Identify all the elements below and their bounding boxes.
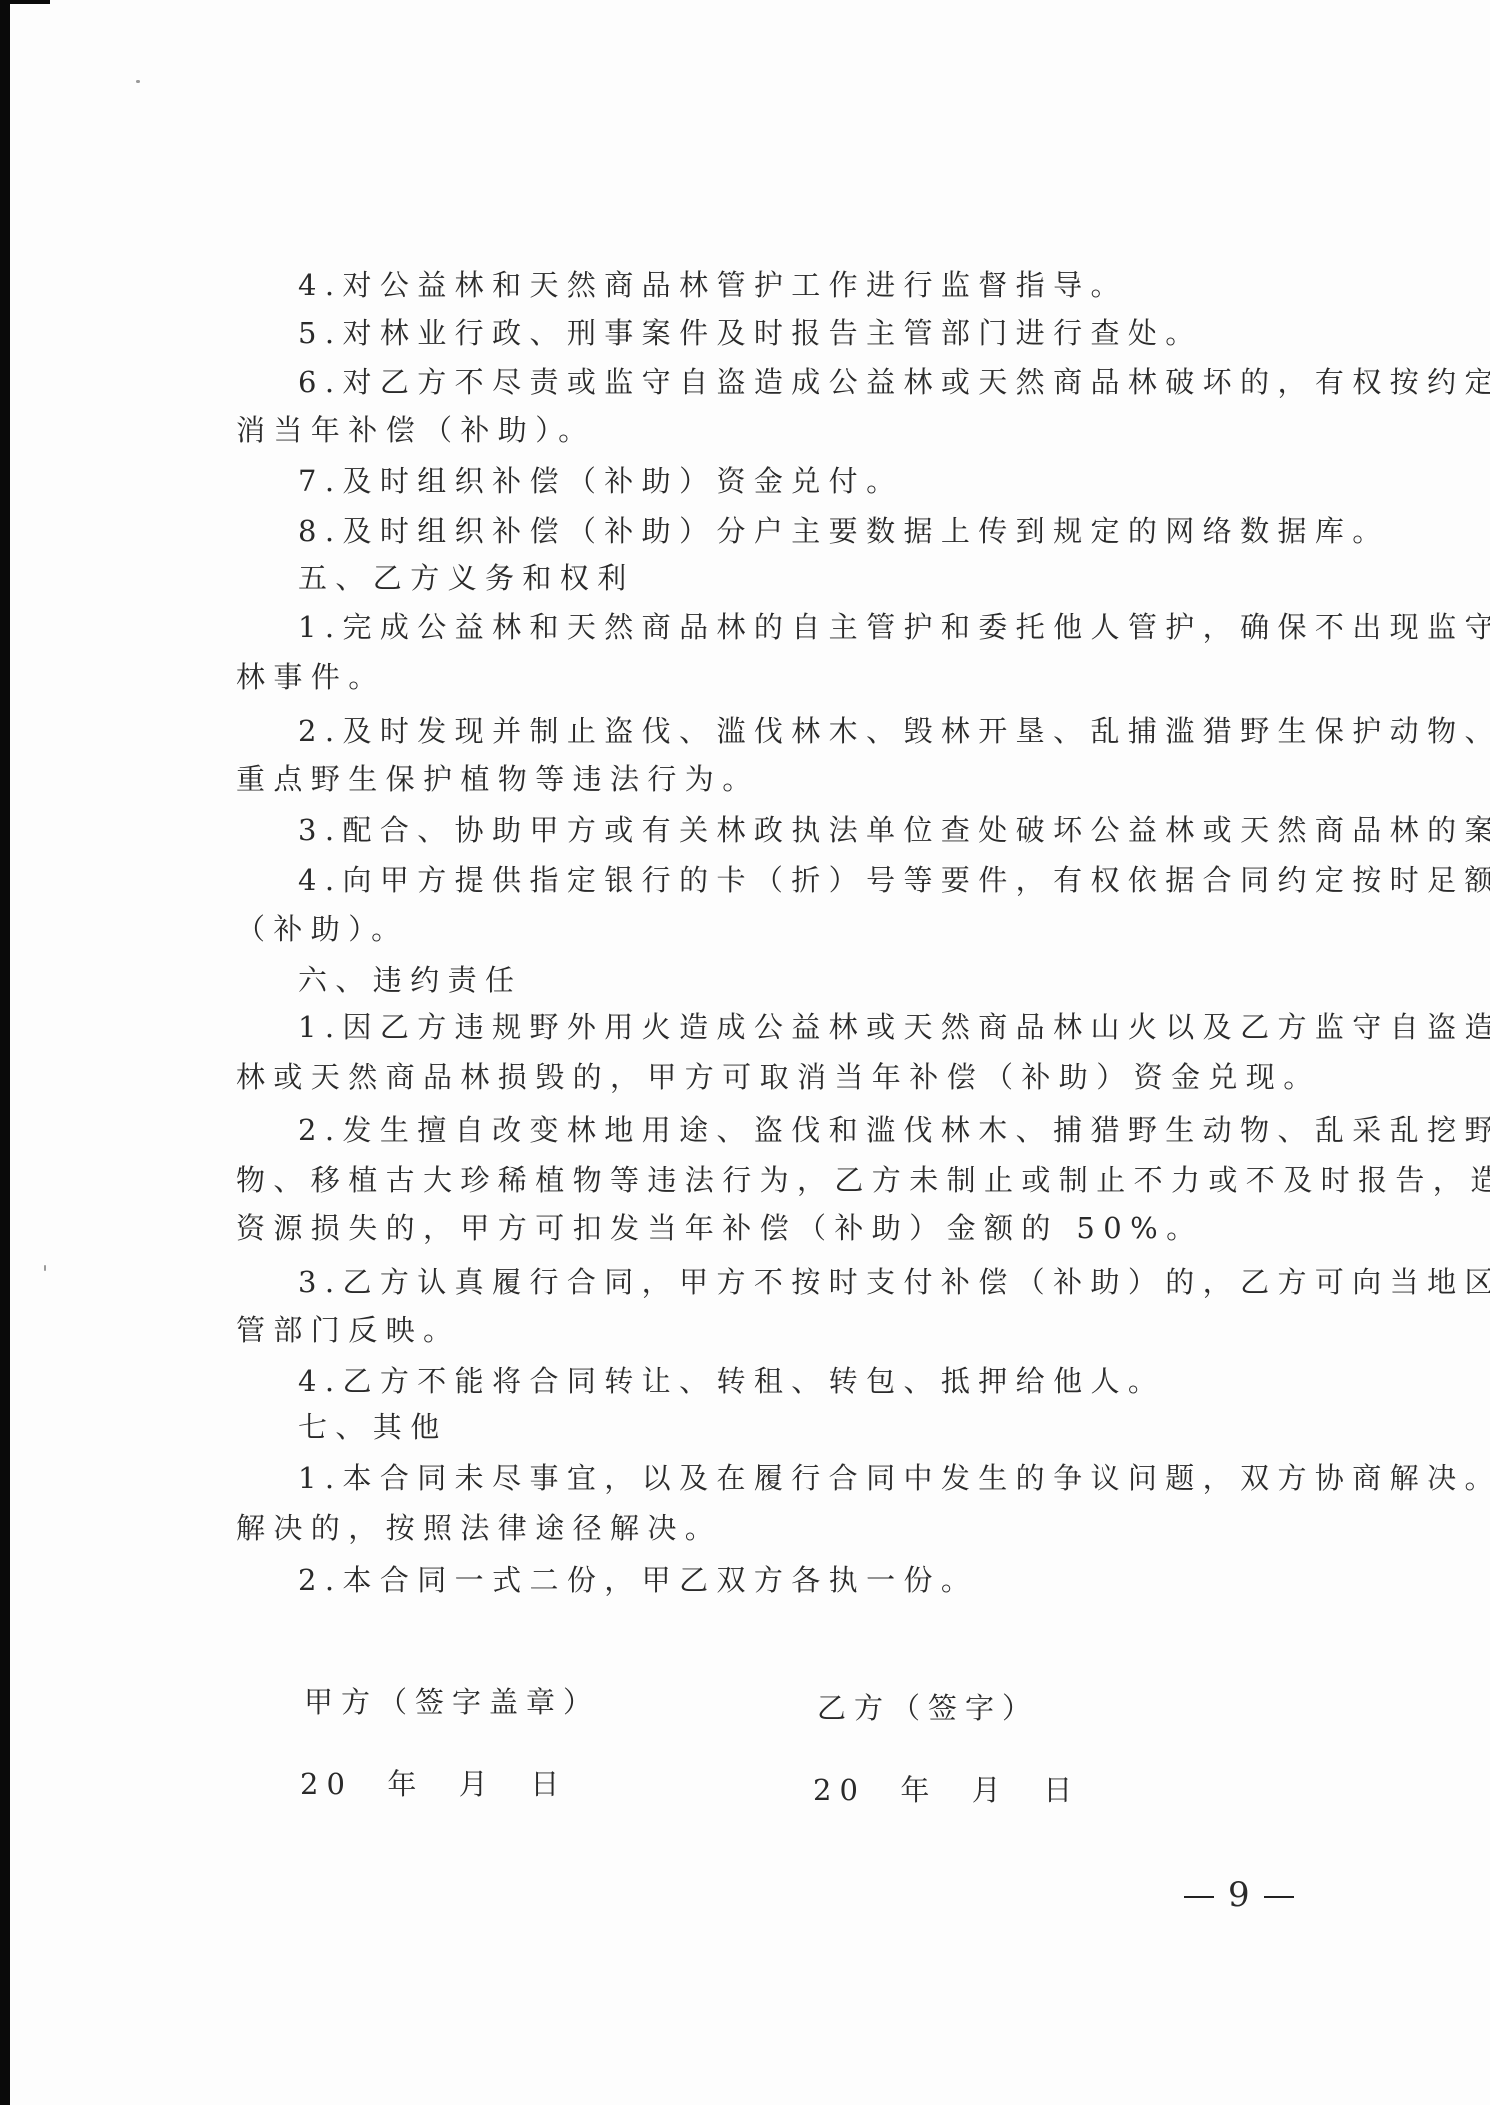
text-line: 3.乙方认真履行合同，甲方不按时支付补偿（补助）的，乙方可向当地区县林业主 bbox=[298, 1262, 1490, 1302]
page-number: 9 bbox=[1170, 1875, 1308, 1915]
section-heading: 五、乙方义务和权利 bbox=[298, 558, 635, 598]
text-line: 资源损失的，甲方可扣发当年补偿（补助）金额的 50%。 bbox=[236, 1208, 1203, 1248]
text-line: 1.本合同未尽事宜，以及在履行合同中发生的争议问题，双方协商解决。协商不能 bbox=[298, 1458, 1490, 1498]
text-line: 林事件。 bbox=[236, 657, 386, 697]
text-line: 林或天然商品林损毁的，甲方可取消当年补偿（补助）资金兑现。 bbox=[236, 1057, 1321, 1097]
text-line: 3.配合、协助甲方或有关林政执法单位查处破坏公益林或天然商品林的案件。 bbox=[298, 810, 1490, 850]
text-line: 1.因乙方违规野外用火造成公益林或天然商品林山火以及乙方监守自盗造成公益 bbox=[298, 1007, 1490, 1047]
scan-speck bbox=[136, 80, 140, 83]
text-line: 4.向甲方提供指定银行的卡（折）号等要件，有权依据合同约定按时足额获得补偿 bbox=[298, 860, 1490, 900]
text-line: 2.本合同一式二份，甲乙双方各执一份。 bbox=[298, 1560, 978, 1600]
scan-speck bbox=[44, 1265, 46, 1271]
scan-edge-top bbox=[0, 0, 50, 4]
text-line: 2.发生擅自改变林地用途、盗伐和滥伐林木、捕猎野生动物、乱采乱挖野生保护植 bbox=[298, 1110, 1490, 1150]
party-a-date: 20 年 月 日 bbox=[300, 1764, 567, 1804]
text-line: 管部门反映。 bbox=[236, 1310, 460, 1350]
party-b-signature-label: 乙方（签字） bbox=[817, 1688, 1039, 1728]
section-heading: 七、其他 bbox=[298, 1407, 448, 1447]
party-b-date: 20 年 月 日 bbox=[813, 1770, 1080, 1810]
text-line: 5.对林业行政、刑事案件及时报告主管部门进行查处。 bbox=[298, 313, 1203, 353]
text-line: 2.及时发现并制止盗伐、滥伐林木、毁林开垦、乱捕滥猎野生保护动物、乱采滥挖 bbox=[298, 711, 1490, 751]
text-line: 6.对乙方不尽责或监守自盗造成公益林或天然商品林破坏的，有权按约定扣减或取 bbox=[298, 362, 1490, 402]
text-line: 8.及时组织补偿（补助）分户主要数据上传到规定的网络数据库。 bbox=[298, 511, 1390, 551]
text-line: 解决的，按照法律途径解决。 bbox=[236, 1508, 722, 1548]
section-heading: 六、违约责任 bbox=[298, 960, 522, 1000]
scan-edge bbox=[0, 0, 10, 2105]
text-line: 物、移植古大珍稀植物等违法行为，乙方未制止或制止不力或不及时报告，造成森林 bbox=[236, 1160, 1490, 1200]
text-line: （补助）。 bbox=[236, 909, 409, 949]
text-line: 4.乙方不能将合同转让、转租、转包、抵押给他人。 bbox=[298, 1361, 1165, 1401]
text-line: 4.对公益林和天然商品林管护工作进行监督指导。 bbox=[298, 265, 1128, 305]
text-line: 重点野生保护植物等违法行为。 bbox=[236, 759, 760, 799]
text-line: 1.完成公益林和天然商品林的自主管护和委托他人管护，确保不出现监守自盗等毁 bbox=[298, 607, 1490, 647]
dash-left bbox=[1184, 1896, 1214, 1898]
text-line: 消当年补偿（补助）。 bbox=[236, 410, 596, 450]
text-line: 7.及时组织补偿（补助）资金兑付。 bbox=[298, 461, 903, 501]
party-a-signature-label: 甲方（签字盖章） bbox=[304, 1682, 600, 1722]
dash-right bbox=[1264, 1896, 1294, 1898]
page-number-value: 9 bbox=[1228, 1875, 1250, 1915]
